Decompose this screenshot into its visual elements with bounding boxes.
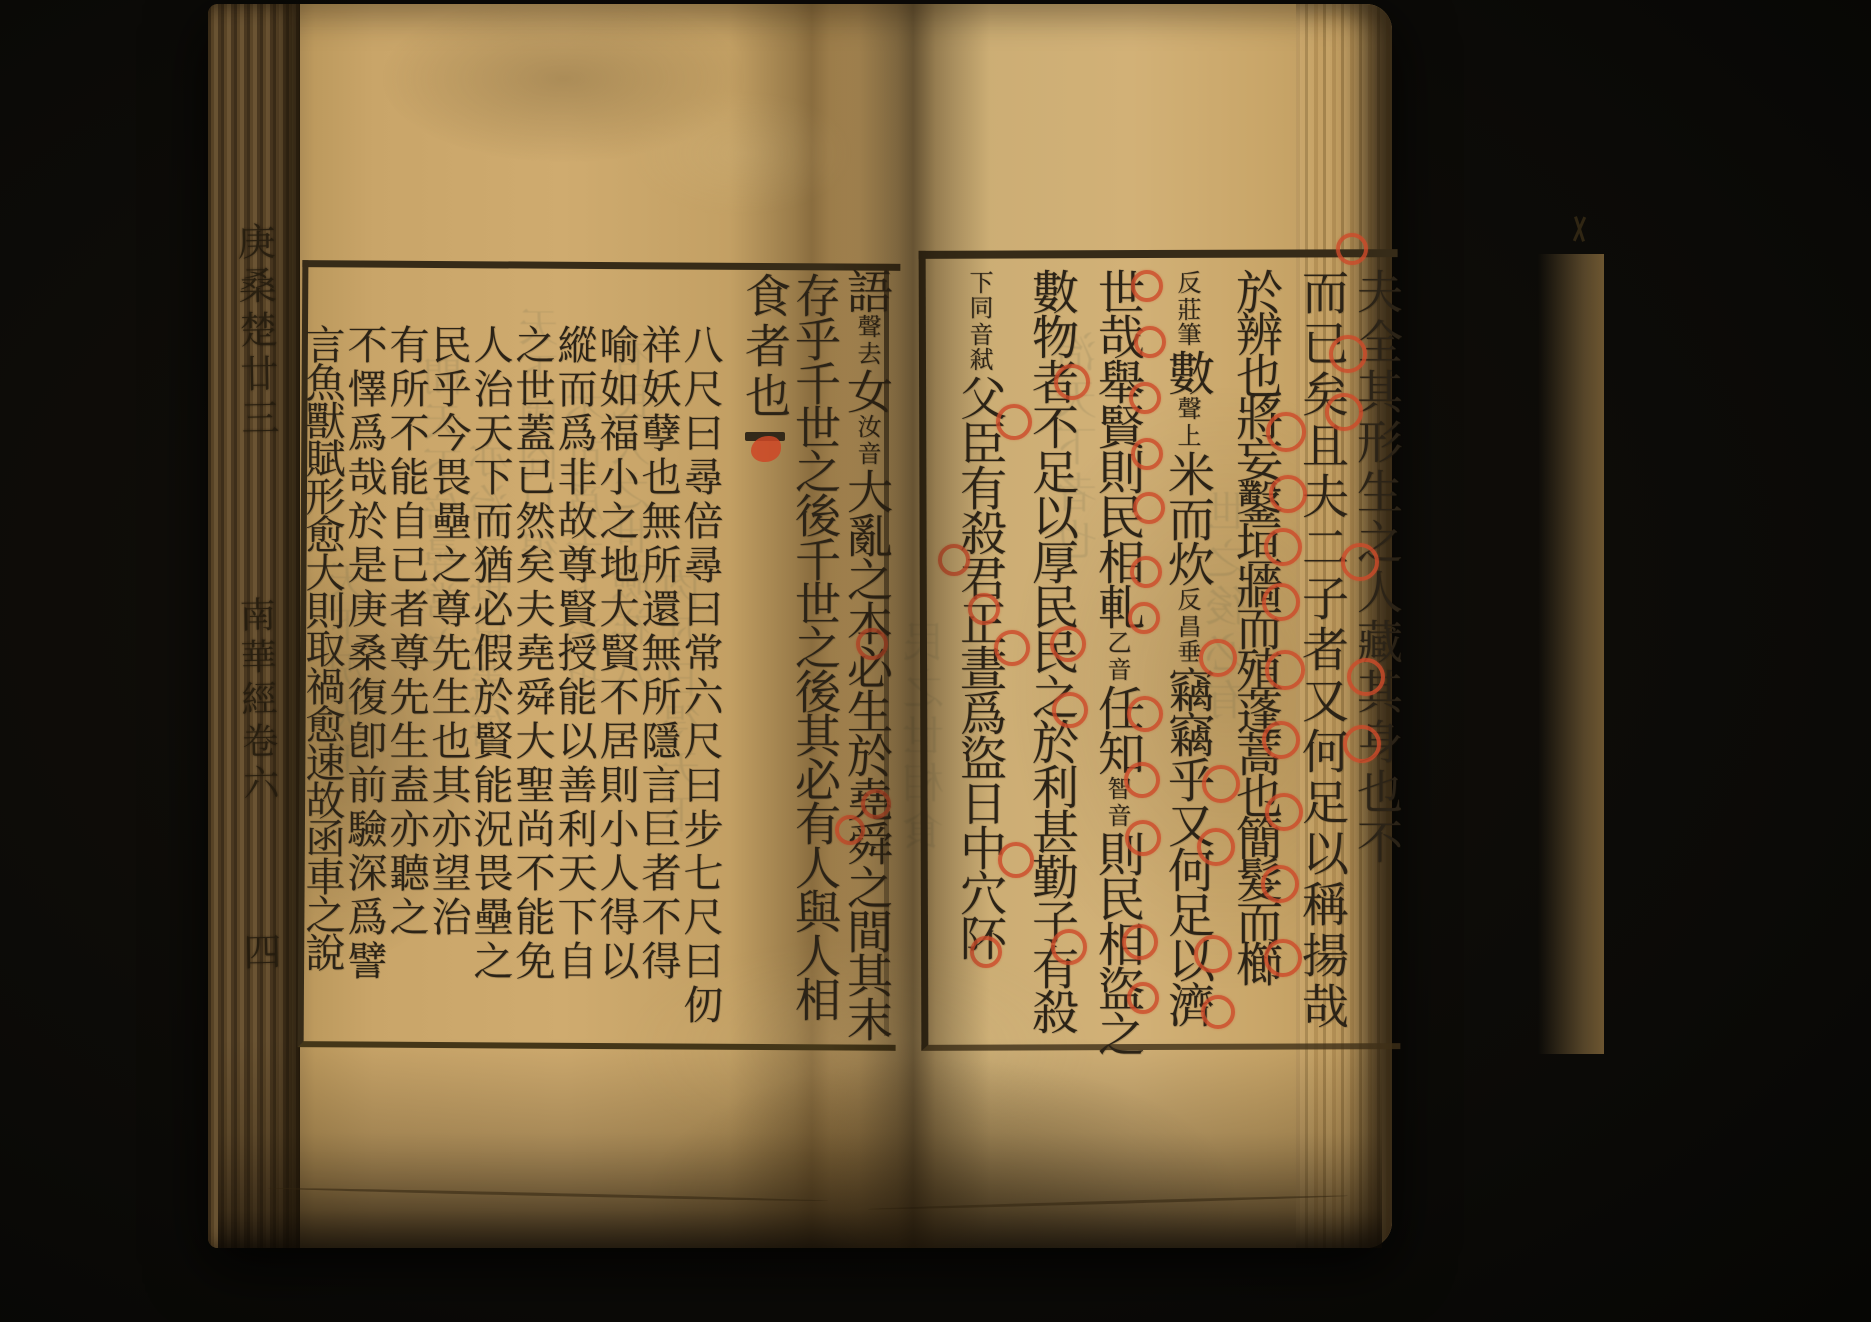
reader-punctuation-ring	[1201, 995, 1235, 1029]
reader-punctuation-ring	[938, 544, 970, 576]
bottom-page-curl-shadow	[218, 1038, 1382, 1248]
reader-punctuation-ring	[1265, 793, 1303, 831]
reader-punctuation-ring	[1325, 393, 1363, 431]
reader-punctuation-ring	[1197, 828, 1235, 866]
reader-punctuation-ring	[1194, 935, 1232, 973]
reader-punctuation-ring	[1050, 626, 1086, 662]
reader-punctuation-ring	[1202, 765, 1240, 803]
text-column-c1: 八尺曰尋倍尋曰常六尺曰步七尺曰仞	[680, 324, 720, 1040]
text-column-c3: 喻如福小之地大賢不居則小人得以	[596, 324, 636, 1036]
phonetic-gloss: 音汝	[855, 414, 879, 466]
reader-punctuation-ring	[1266, 412, 1306, 452]
reader-punctuation-ring	[1128, 602, 1160, 634]
phonetic-gloss: 音乙	[1105, 630, 1129, 682]
text-column-r1: 而已矣且夫二子者又何足以稱揚哉	[1298, 268, 1345, 1052]
reader-punctuation-ring	[1127, 982, 1159, 1014]
reader-punctuation-ring	[1269, 475, 1307, 513]
reader-punctuation-ring	[1054, 364, 1090, 400]
reader-punctuation-ring	[1262, 721, 1300, 759]
text-column-l3: 食者也	[742, 272, 788, 1052]
reader-punctuation-ring	[1130, 556, 1162, 588]
reader-punctuation-ring	[1122, 924, 1158, 960]
reader-punctuation-ring	[1343, 725, 1381, 763]
text-column-l2: 存乎千世之後千世之後其必有人與人相	[792, 272, 838, 1064]
reader-punctuation-ring	[1199, 639, 1237, 677]
reader-punctuation-ring	[1262, 583, 1300, 621]
text-column-c8: 有所不能自已者尊先生盍亦聽之	[386, 324, 426, 1036]
reader-punctuation-ring	[861, 789, 891, 819]
reader-punctuation-ring	[1341, 543, 1379, 581]
pen-cross-mark	[1570, 216, 1588, 242]
reader-punctuation-ring	[1134, 326, 1166, 358]
reader-punctuation-ring	[1264, 939, 1302, 977]
book: 庚桑楚廿三 南華經卷六 四 有民人之世瞼祥八不可爲天下治也天下國冏日得亦治之世民…	[208, 4, 1392, 1248]
text-column-c10: 言魚獸賦形愈大則取禍愈速故函車之說	[302, 324, 342, 1040]
reader-punctuation-ring	[994, 630, 1030, 666]
reader-punctuation-ring	[856, 628, 888, 660]
fore-edge-fade	[1538, 254, 1604, 1054]
reader-punctuation-ring	[1124, 762, 1160, 798]
reader-punctuation-ring	[1133, 492, 1165, 524]
page-bottom-edge	[268, 1187, 828, 1203]
phonetic-gloss: 莊筆反	[1175, 270, 1199, 347]
text-column-l1: 語去聲女音汝大亂之本必生於堯舜之間其末	[844, 268, 890, 1074]
reader-punctuation-ring	[970, 936, 1002, 968]
text-column-c4: 縱而爲非故尊賢授能以善利天下自	[554, 324, 594, 1036]
reader-punctuation-ring	[998, 842, 1034, 878]
phonetic-gloss: 去聲	[855, 314, 879, 366]
reader-punctuation-ring	[1129, 382, 1161, 414]
text-column-c9: 不懌爲哉於是庚桑復卽前驗深爲譬	[344, 324, 384, 1036]
phonetic-gloss: 上聲	[1175, 396, 1199, 448]
margin-page-number: 四	[240, 932, 279, 977]
reader-punctuation-ring	[996, 404, 1032, 440]
phonetic-gloss: 昌垂反	[1175, 587, 1199, 664]
text-column-c5: 之世蓋已然矣夫堯舜大聖尚不能免	[512, 324, 552, 1036]
page-bottom-edge	[868, 1194, 1348, 1210]
reader-punctuation-ring	[1264, 528, 1302, 566]
text-column-c6: 人治天下而猶必假於賢能況畏壘之	[470, 324, 510, 1036]
reader-punctuation-ring	[1051, 929, 1087, 965]
reader-punctuation-ring	[1261, 865, 1299, 903]
margin-chapter-title: 庚桑楚廿三	[234, 222, 277, 443]
reader-punctuation-ring	[1131, 270, 1163, 302]
text-column-c7: 民乎今畏壘之尊先生也其亦望治	[428, 324, 468, 1036]
reader-punctuation-ring	[1131, 438, 1163, 470]
reader-punctuation-ring	[1336, 233, 1368, 265]
reader-punctuation-ring	[835, 815, 865, 845]
text-column-c2: 祥妖孽也無所還無所隱言巨者不得	[638, 324, 678, 1036]
margin-book-title: 南華經卷六	[236, 596, 276, 807]
reader-punctuation-ring	[1329, 335, 1367, 373]
phonetic-gloss: 音弒下同	[967, 270, 991, 372]
reader-punctuation-ring	[1125, 820, 1161, 856]
photo-of-open-book: 庚桑楚廿三 南華經卷六 四 有民人之世瞼祥八不可爲天下治也天下國冏日得亦治之世民…	[0, 0, 1871, 1322]
reader-punctuation-ring	[1052, 692, 1088, 728]
reader-punctuation-ring	[1127, 696, 1163, 732]
reader-punctuation-ring	[968, 593, 1000, 625]
reader-punctuation-ring	[1265, 650, 1305, 690]
reader-punctuation-ring	[1347, 658, 1385, 696]
